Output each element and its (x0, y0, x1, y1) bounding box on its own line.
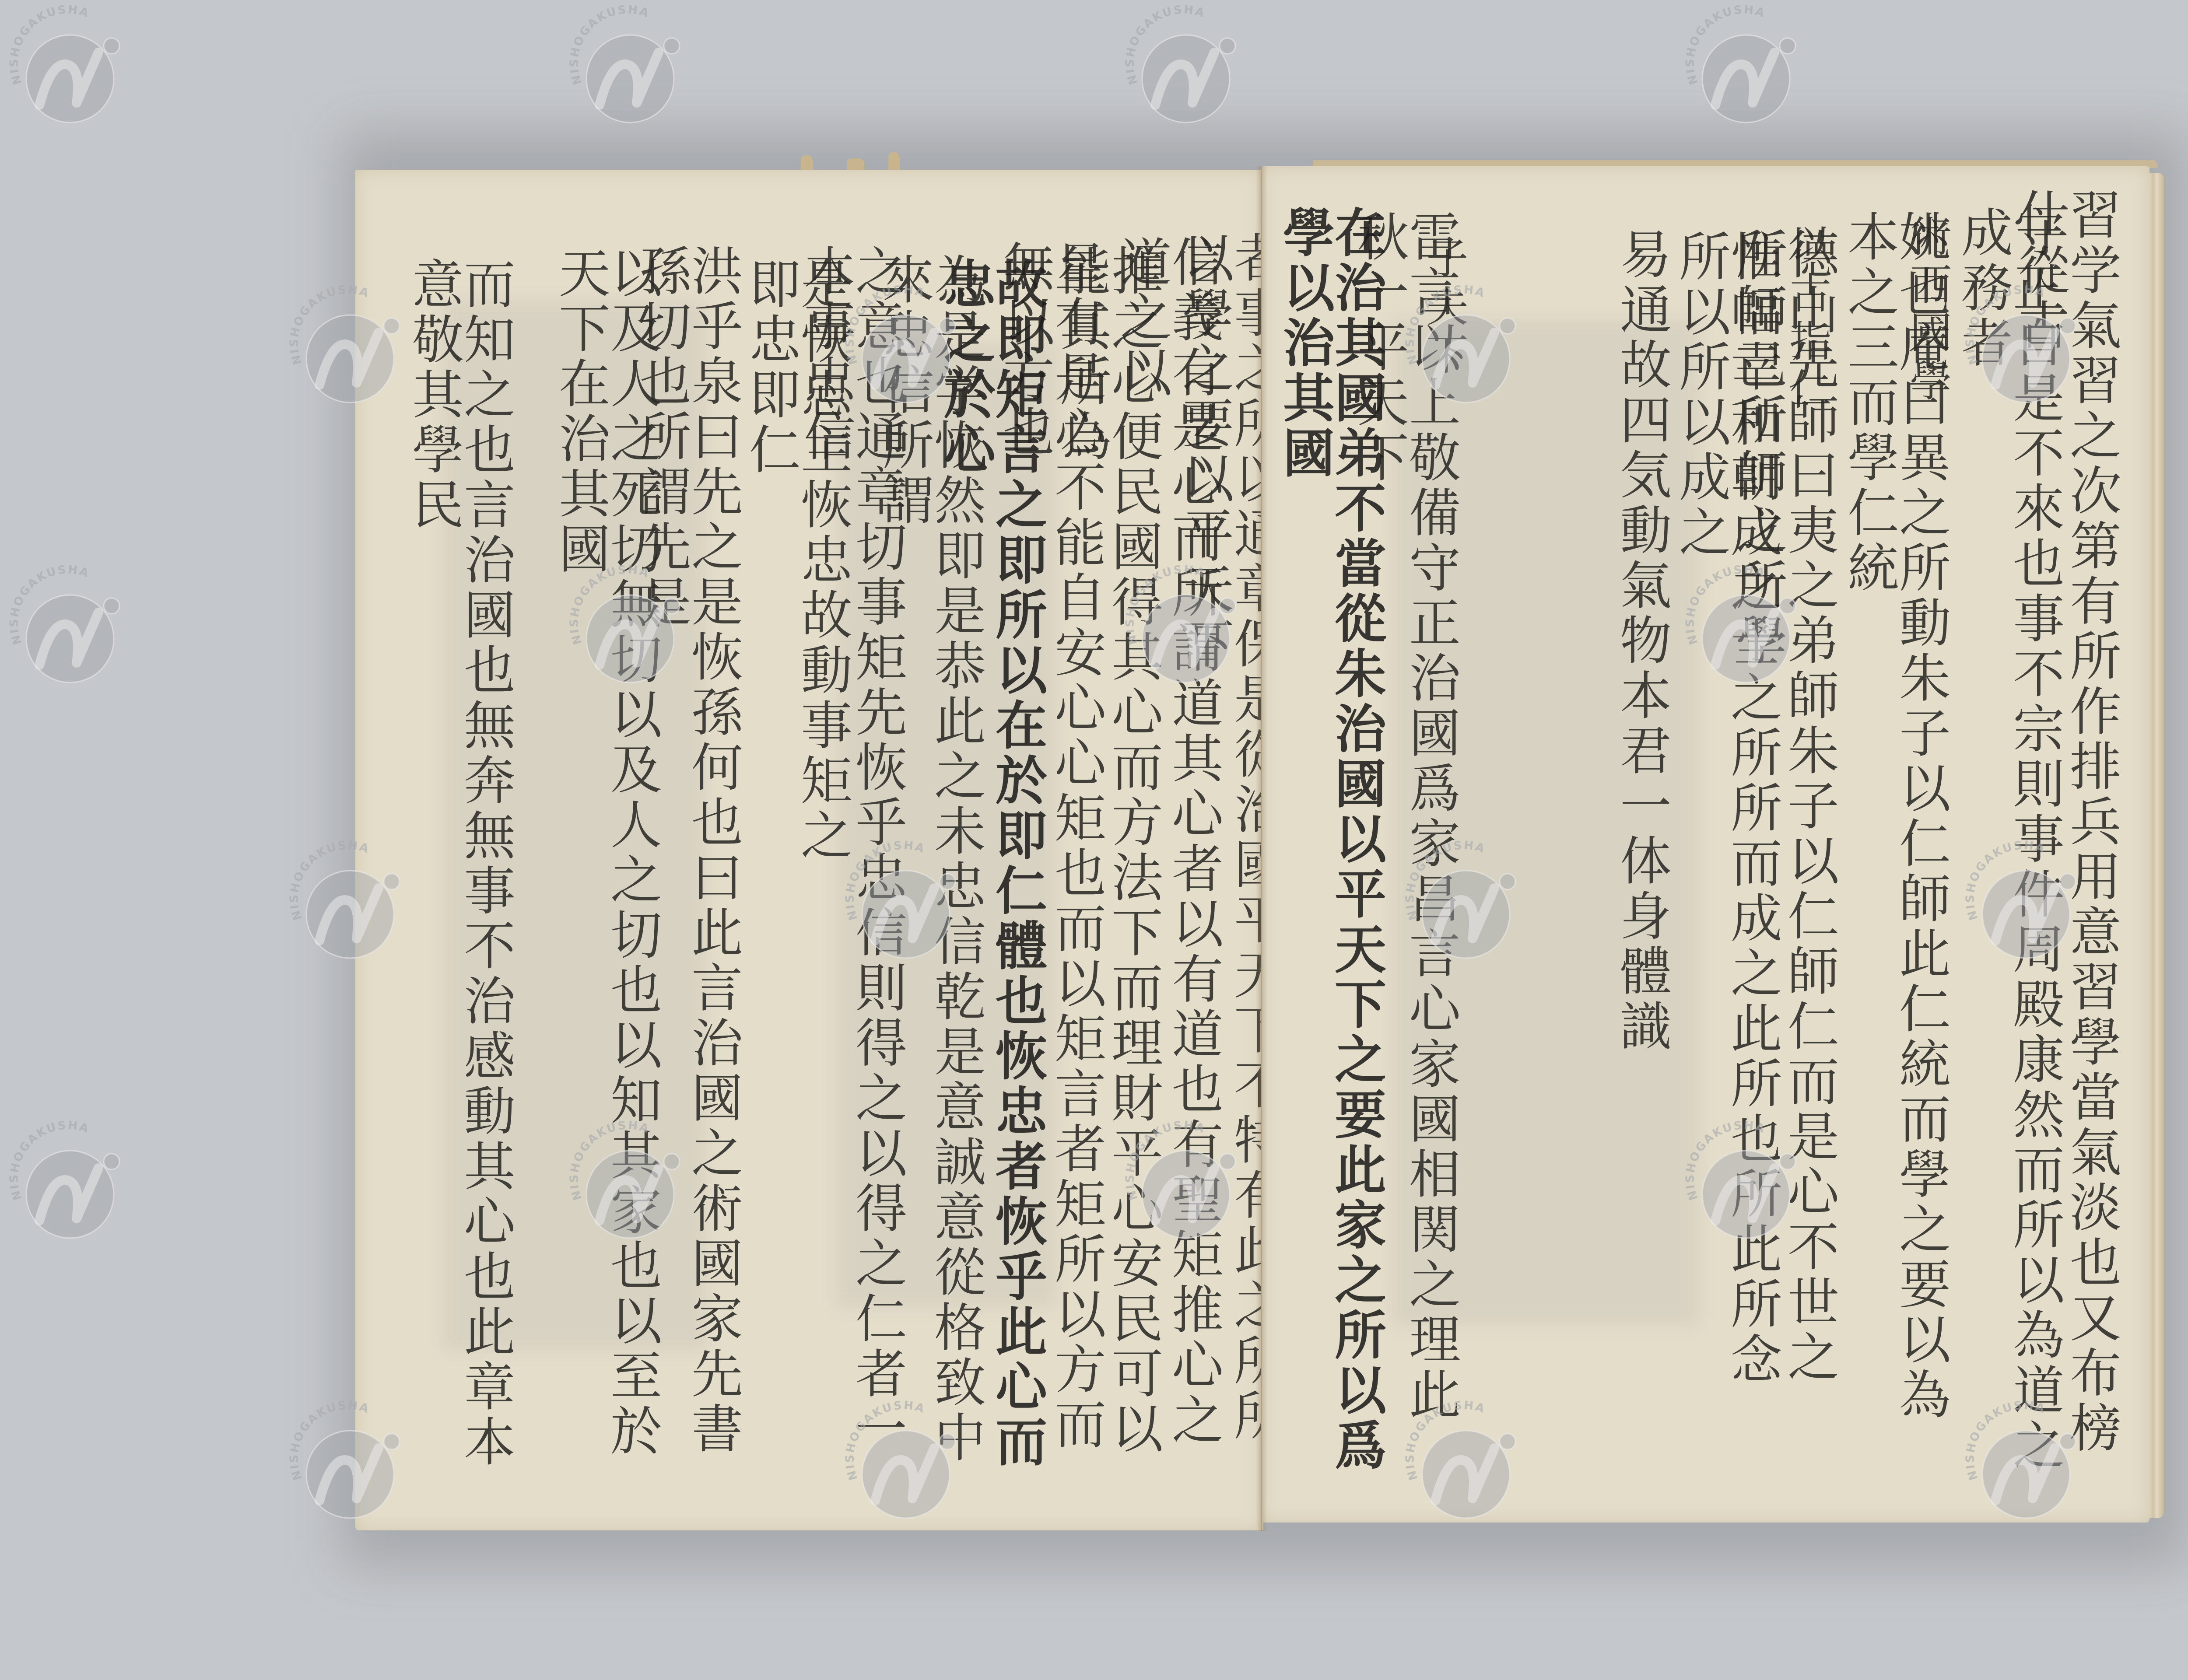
text-column: 守正自是不來也事不宗則事件周殿康然而所以為道之成務者 (1957, 206, 2060, 1496)
text-column: 易通故四気動氣物本君一体身體識 (1616, 227, 1667, 1102)
right-page: 習学氣習之次第有所作排兵用意習學當氣淡也又布榜仕從古 守正自是不來也事不宗則事件… (1261, 166, 2149, 1522)
open-manuscript-book: 者事之所以通章保是從治國平天下不特有此之所所以學之要以平天下 信義有是心而所謂道… (0, 0, 2188, 1680)
text-column: 而知之也言治國也無奔無事不治感動其心也此章本意敬其學民 (408, 257, 511, 1508)
text-column: 姚也庵曰異之所動朱子以仁師此仁統而學之要以為本之三而學仁統 (1843, 210, 1946, 1457)
paper-scrap (888, 152, 900, 171)
text-column: 惟幅幸和朝成之士之所所而成之此所也所此所念所以所以成之 (1675, 230, 1778, 1411)
left-page: 者事之所以通章保是從治國平天下不特有此之所所以學之要以平天下 信義有是心而所謂道… (355, 170, 1263, 1530)
text-column: 是恢忠主恢忠故動事矩之即忠即仁 (745, 257, 848, 913)
text-column: 以及人之死切無切以及人之切也以知其家也以至於天下在治其國 (554, 246, 658, 1498)
text-column: 在治其國弟不當從朱治國以平天下之要此家之所以爲學以治其國 (1279, 206, 1382, 1474)
book-gutter (1256, 166, 1267, 1531)
